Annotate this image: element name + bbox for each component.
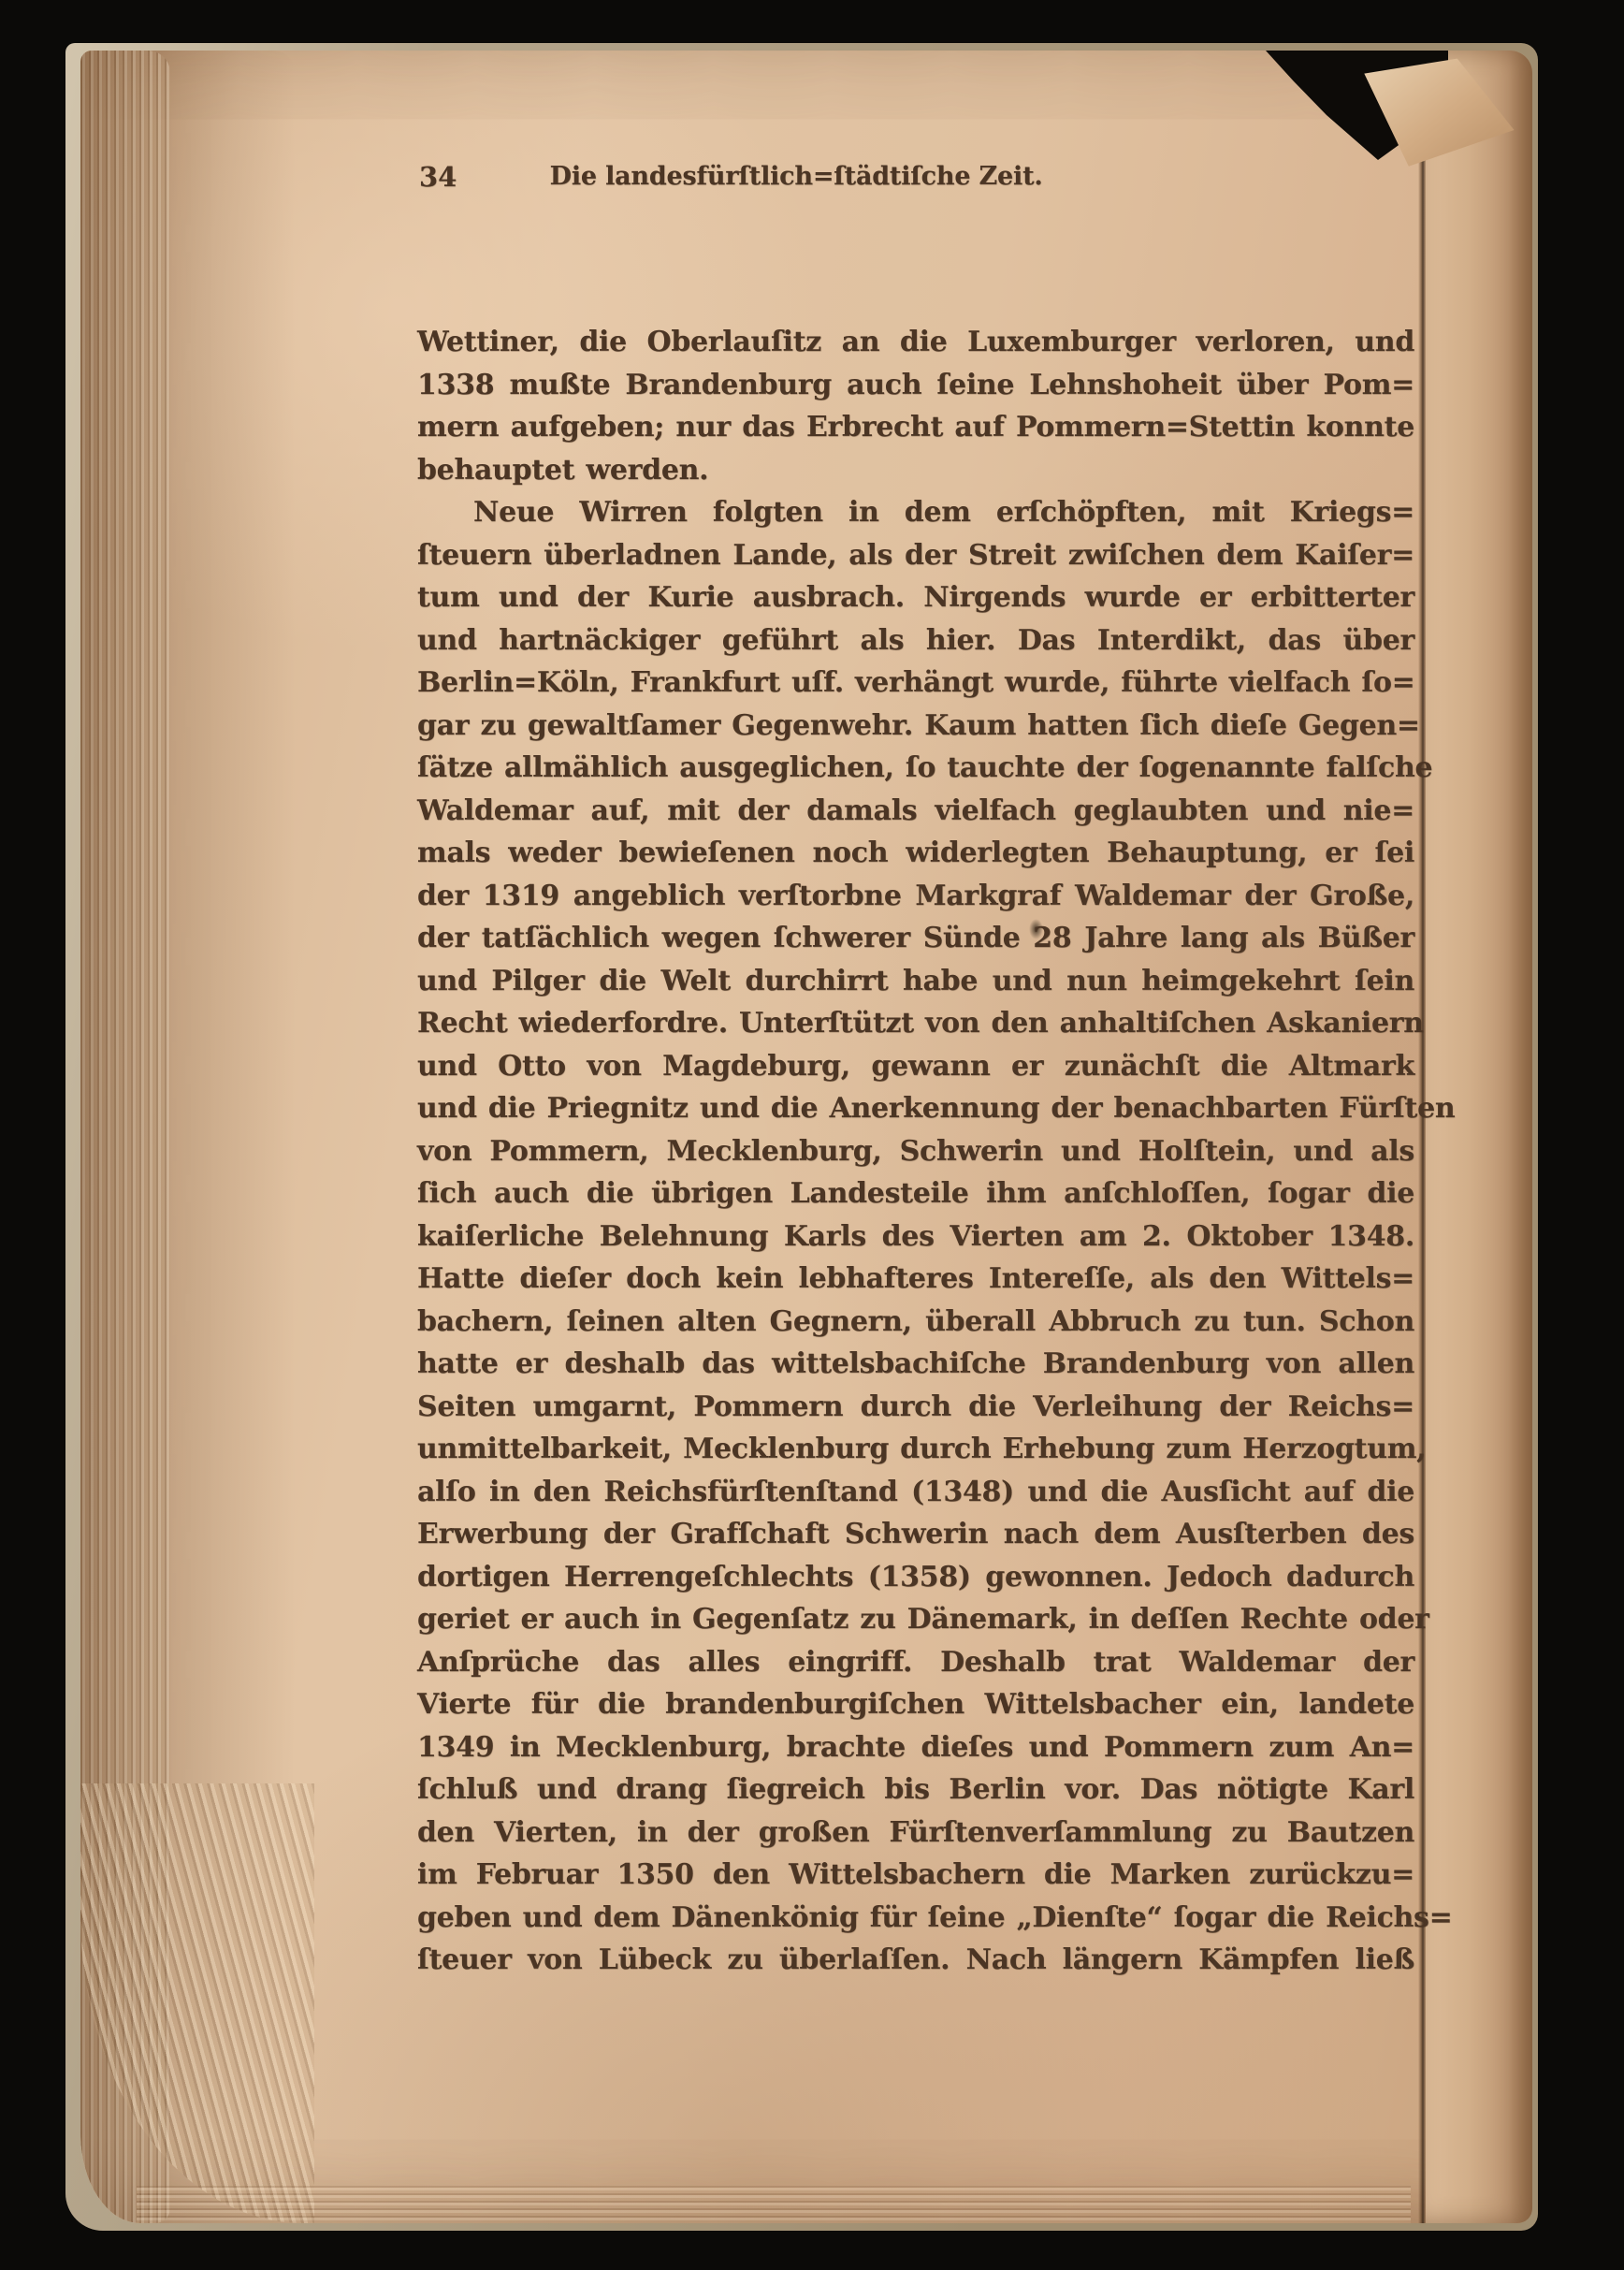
text-line: ſteuer von Lübeck zu überlaſſen. Nach lä… xyxy=(417,1939,1414,1982)
text-line: und hartnäckiger geführt als hier. Das I… xyxy=(417,619,1414,662)
page-header: 34 Die landesfürſtlich=ſtädtiſche Zeit. xyxy=(417,155,1414,198)
text-line: dortigen Herrengeſchlechts (1358) gewonn… xyxy=(417,1556,1414,1599)
text-line: und die Priegnitz und die Anerkennung de… xyxy=(417,1087,1414,1130)
text-line: Erwerbung der Grafſchaft Schwerin nach d… xyxy=(417,1513,1414,1556)
text-line: im Februar 1350 den Wittelsbachern die M… xyxy=(417,1854,1414,1897)
next-page-edge xyxy=(1426,51,1532,2223)
text-line: Anſprüche das alles eingriff. Deshalb tr… xyxy=(417,1641,1414,1684)
text-line: und Otto von Magdeburg, gewann er zunäch… xyxy=(417,1045,1414,1088)
text-line: Seiten umgarnt, Pommern durch die Verlei… xyxy=(417,1386,1414,1429)
text-line: ſteuern überladnen Lande, als der Streit… xyxy=(417,534,1414,577)
text-line: Waldemar auf, mit der damals vielfach ge… xyxy=(417,790,1414,833)
text-line: alſo in den Reichsfürſtenſtand (1348) un… xyxy=(417,1471,1414,1514)
photo-background: 34 Die landesfürſtlich=ſtädtiſche Zeit. … xyxy=(0,0,1624,2270)
book-page: 34 Die landesfürſtlich=ſtädtiſche Zeit. … xyxy=(80,51,1532,2223)
bottom-page-edges xyxy=(137,2186,1411,2223)
text-line: tum und der Kurie ausbrach. Nirgends wur… xyxy=(417,576,1414,619)
text-line: der 1319 angeblich verſtorbne Markgraf W… xyxy=(417,875,1414,918)
text-line: der tatſächlich wegen ſchwerer Sünde 28 … xyxy=(417,917,1414,960)
text-line: hatte er deshalb das wittelsbachiſche Br… xyxy=(417,1343,1414,1386)
text-line: 1338 mußte Brandenburg auch ſeine Lehnsh… xyxy=(417,364,1414,407)
text-line: mals weder bewieſenen noch widerlegten B… xyxy=(417,832,1414,875)
text-line: geriet er auch in Gegenſatz zu Dänemark,… xyxy=(417,1598,1414,1641)
text-line: ſich auch die übrigen Landesteile ihm an… xyxy=(417,1172,1414,1215)
text-line: bachern, ſeinen alten Gegnern, überall A… xyxy=(417,1301,1414,1344)
text-line: unmittelbarkeit, Mecklenburg durch Erheb… xyxy=(417,1428,1414,1471)
text-line: gar zu gewaltſamer Gegenwehr. Kaum hatte… xyxy=(417,705,1414,748)
text-line: Neue Wirren folgten in dem erſchöpften, … xyxy=(417,491,1414,534)
text-line: Hatte dieſer doch kein lebhafteres Inter… xyxy=(417,1258,1414,1301)
text-line: den Vierten, in der großen Fürſtenverſam… xyxy=(417,1812,1414,1855)
body-text: Wettiner, die Oberlauſitz an die Luxembu… xyxy=(417,321,1414,1982)
page-number: 34 xyxy=(419,155,457,198)
running-title: Die landesfürſtlich=ſtädtiſche Zeit. xyxy=(550,155,1043,198)
text-line: Vierte für die brandenburgiſchen Wittels… xyxy=(417,1683,1414,1726)
text-line: Berlin=Köln, Frankfurt uſf. verhängt wur… xyxy=(417,662,1414,705)
text-line: ſätze allmählich ausgeglichen, ſo taucht… xyxy=(417,747,1414,790)
text-line: geben und dem Dänenkönig für ſeine „Dien… xyxy=(417,1897,1414,1940)
text-line: und Pilger die Welt durchirrt habe und n… xyxy=(417,960,1414,1003)
text-line: mern aufgeben; nur das Erbrecht auf Pomm… xyxy=(417,406,1414,449)
text-line: Recht wiederfordre. Unterſtützt von den … xyxy=(417,1002,1414,1045)
text-line: ſchluß und drang ſiegreich bis Berlin vo… xyxy=(417,1768,1414,1812)
text-line: 1349 in Mecklenburg, brachte dieſes und … xyxy=(417,1726,1414,1769)
text-line: Wettiner, die Oberlauſitz an die Luxembu… xyxy=(417,321,1414,364)
page-gap-shadow xyxy=(1418,51,1426,2223)
text-line: behauptet werden. xyxy=(417,449,1414,492)
text-line: von Pommern, Mecklenburg, Schwerin und H… xyxy=(417,1130,1414,1173)
text-line: kaiſerliche Belehnung Karls des Vierten … xyxy=(417,1215,1414,1259)
